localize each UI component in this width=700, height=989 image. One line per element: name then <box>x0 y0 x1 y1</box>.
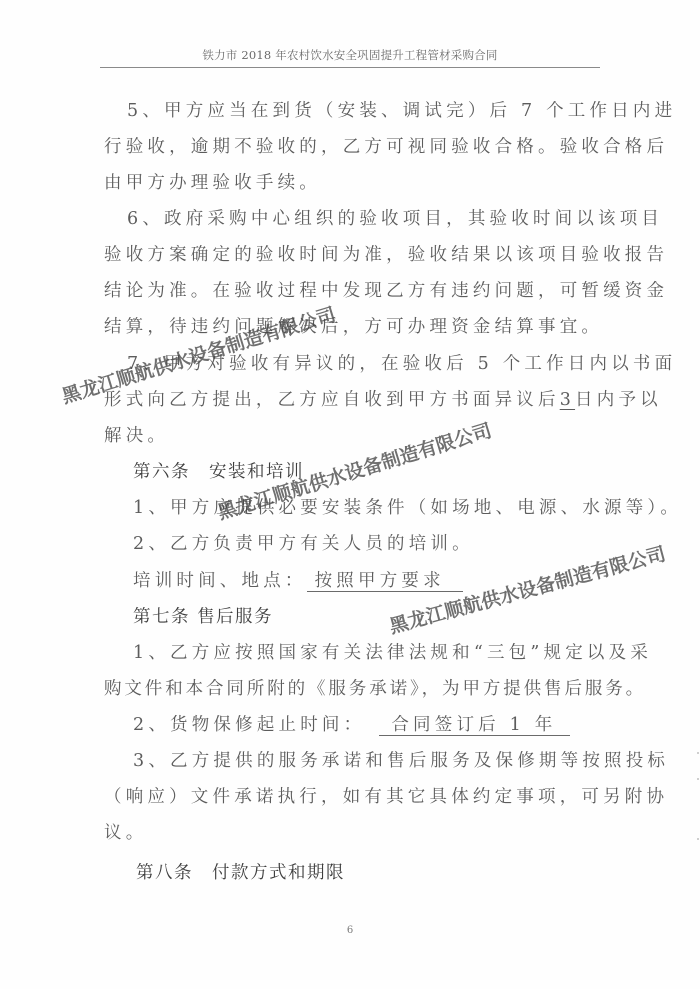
article-7-item-2-row: 2、货物保修起止时间：合同签订后 1 年 <box>133 714 570 736</box>
clause-6-line-4: 结算，待违约问题解决后，方可办理资金结算事宜。 <box>104 316 603 338</box>
running-header-title: 铁力市 2018 年农村饮水安全巩固提升工程管材采购合同 <box>0 47 700 63</box>
training-time-place-label: 培训时间、地点： <box>133 571 307 591</box>
scan-artifact <box>697 752 699 754</box>
warranty-period-value: 合同签订后 1 年 <box>379 715 570 736</box>
article-7-item-3-line-3: 议。 <box>104 822 147 844</box>
scan-artifact <box>697 838 699 840</box>
article-7-heading: 第七条 售后服务 <box>133 606 273 628</box>
clause-6-line-2: 验收方案确定的验收时间为准，验收结果以该项目验收报告 <box>104 244 668 266</box>
article-6-item-2: 2、乙方负责甲方有关人员的培训。 <box>133 533 474 555</box>
clause-7-line-2-suffix: 日内予以 <box>575 390 662 410</box>
article-7-item-1-line-1: 1、乙方应按照国家有关法律法规和“三包”规定以及采 <box>133 642 652 664</box>
article-7-item-3-line-2: （响应）文件承诺执行，如有其它具体约定事项，可另附协 <box>104 786 668 808</box>
document-page: 铁力市 2018 年农村饮水安全巩固提升工程管材采购合同 5、甲方应当在到货（安… <box>0 0 700 989</box>
article-6-training-row: 培训时间、地点：按照甲方要求 <box>133 570 463 592</box>
clause-7-line-2: 形式向乙方提出，乙方应自收到甲方书面异议后3日内予以 <box>104 389 662 411</box>
scan-artifact <box>697 778 699 780</box>
clause-6-line-1: 6、政府采购中心组织的验收项目，其验收时间以该项目 <box>127 208 663 230</box>
article-7-item-3-line-1: 3、乙方提供的服务承诺和售后服务及保修期等按照投标 <box>133 750 669 772</box>
clause-5-line-3: 由甲方办理验收手续。 <box>104 172 321 194</box>
clause-7-line-2-prefix: 形式向乙方提出，乙方应自收到甲方书面异议后 <box>104 390 560 410</box>
clause-5-line-1: 5、甲方应当在到货（安装、调试完）后 7 个工作日内进 <box>127 100 676 122</box>
clause-5-line-2: 行验收，逾期不验收的，乙方可视同验收合格。验收合格后 <box>104 136 668 158</box>
warranty-period-label: 2、货物保修起止时间： <box>133 715 365 735</box>
clause-7-line-3: 解决。 <box>104 425 169 447</box>
training-time-place-value: 按照甲方要求 <box>307 571 463 592</box>
article-7-item-1-line-2: 购文件和本合同所附的《服务承诺》，为甲方提供售后服务。 <box>104 678 646 700</box>
clause-6-line-3: 结论为准。在验收过程中发现乙方有违约问题，可暂缓资金 <box>104 280 668 302</box>
objection-resolution-days: 3 <box>560 390 575 410</box>
article-8-heading: 第八条 付款方式和期限 <box>136 862 345 884</box>
header-divider <box>100 67 600 68</box>
page-number: 6 <box>0 925 700 936</box>
